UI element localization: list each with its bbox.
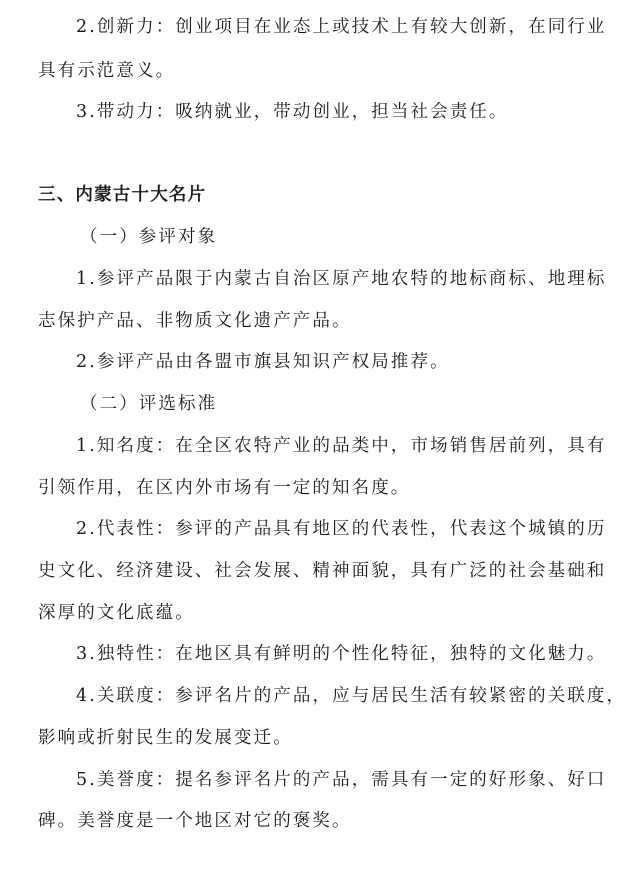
paragraph-relevance: 4.关联度：参评名片的产品，应与居民生活有较紧密的关联度， — [76, 685, 626, 707]
paragraph-reputation-cont: 碑。美誉度是一个地区对它的褒奖。 — [38, 810, 352, 832]
paragraph-popularity-cont: 引领作用，在区内外市场有一定的知名度。 — [38, 477, 410, 499]
paragraph-item-1-cont: 志保护产品、非物质文化遗产产品。 — [38, 310, 352, 332]
paragraph-item-1: 1.参评产品限于内蒙古自治区原产地农特的地标商标、地理标 — [76, 268, 607, 290]
paragraph-innovation-cont: 具有示范意义。 — [38, 60, 175, 82]
paragraph-item-2: 2.参评产品由各盟市旗县知识产权局推荐。 — [76, 351, 450, 373]
paragraph-innovation: 2.创新力：创业项目在业态上或技术上有较大创新，在同行业 — [76, 16, 607, 38]
paragraph-uniqueness: 3.独特性：在地区具有鲜明的个性化特征，独特的文化魅力。 — [76, 643, 607, 665]
paragraph-representativeness-cont-2: 深厚的文化底蕴。 — [38, 602, 195, 624]
paragraph-driving-force: 3.带动力：吸纳就业，带动创业，担当社会责任。 — [76, 101, 509, 123]
subheading-criteria: （二）评选标准 — [80, 393, 217, 415]
paragraph-reputation: 5.美誉度：提名参评名片的产品，需具有一定的好形象、好口 — [76, 769, 607, 791]
subheading-participants: （一）参评对象 — [80, 226, 217, 248]
paragraph-popularity: 1.知名度：在全区农特产业的品类中，市场销售居前列，具有 — [76, 435, 607, 457]
paragraph-representativeness-cont: 史文化、经济建设、社会发展、精神面貌，具有广泛的社会基础和 — [38, 560, 606, 582]
paragraph-relevance-cont: 影响或折射民生的发展变迁。 — [38, 727, 293, 749]
paragraph-representativeness: 2.代表性：参评的产品具有地区的代表性，代表这个城镇的历 — [76, 518, 607, 540]
section-heading: 三、内蒙古十大名片 — [38, 184, 206, 206]
